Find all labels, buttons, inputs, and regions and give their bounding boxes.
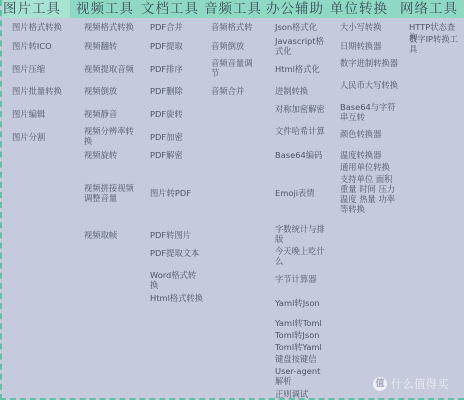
video-tool-link[interactable]: 视频倒放 (84, 86, 138, 96)
video-tool-link[interactable]: 视频翻转 (84, 41, 138, 51)
document-tool-link[interactable]: PDF合并 (150, 22, 204, 32)
office-tool-link[interactable]: 字节计算器 (275, 274, 327, 284)
image-tool-link[interactable]: 图片编辑 (12, 109, 74, 119)
document-tool-link[interactable]: PDF旋转 (150, 109, 204, 119)
video-tool-link[interactable]: 视频格式转换 (84, 22, 138, 32)
tab-5[interactable]: 单位转换 (330, 0, 388, 18)
office-tool-link[interactable]: 今天晚上吃什么 (275, 246, 327, 266)
smzdm-logo-icon: 值 (373, 377, 387, 391)
tab-3[interactable]: 音频工具 (204, 0, 262, 18)
unit-tool-link[interactable]: 颜色转换器 (340, 129, 402, 139)
document-tool-link[interactable]: PDF删除 (150, 86, 204, 96)
tab-4[interactable]: 办公辅助 (266, 0, 324, 18)
image-tool-link[interactable]: 图片分割 (12, 132, 74, 142)
document-tool-link[interactable]: PDF提取 (150, 41, 204, 51)
office-tool-link[interactable]: Javascript格式化 (275, 36, 327, 56)
office-tool-link[interactable]: 进制转换 (275, 86, 327, 96)
document-tool-link[interactable]: Word格式转换 (150, 270, 204, 290)
watermark-text: 什么值得买 (391, 376, 449, 392)
video-tool-link[interactable]: 视频旋转 (84, 150, 138, 160)
document-tool-link[interactable]: PDF加密 (150, 132, 204, 142)
tab-2[interactable]: 文档工具 (141, 0, 199, 18)
office-tool-link[interactable]: User-agent解析 (275, 366, 327, 386)
image-tool-link[interactable]: 图片压缩 (12, 64, 74, 74)
document-tool-link[interactable]: PDF解密 (150, 150, 204, 160)
office-tool-link[interactable]: Toml转Json (275, 330, 327, 340)
video-tool-link[interactable]: 视频拼接视频调整音量 (84, 183, 138, 203)
document-tool-link[interactable]: Html格式转换 (150, 293, 204, 303)
office-tool-link[interactable]: Json格式化 (275, 22, 327, 32)
network-tool-link[interactable]: 数字IP转换工具 (409, 34, 461, 54)
watermark: 值 什么值得买 (373, 376, 449, 392)
unit-tool-link[interactable]: 日期转换器 (340, 41, 402, 51)
unit-tool-link[interactable]: Base64与字符串互转 (340, 102, 402, 122)
unit-tool-link[interactable]: 支持单位 面积 重量 时间 压力 温度 热量 功率 等转换 (340, 174, 398, 214)
video-tool-link[interactable]: 视频提取音频 (84, 64, 138, 74)
video-tool-link[interactable]: 视频取帧 (84, 230, 138, 240)
office-tool-link[interactable]: Html格式化 (275, 64, 327, 74)
unit-tool-link[interactable]: 温度转换器 (340, 150, 402, 160)
office-tool-link[interactable]: 正则调试 (275, 389, 327, 399)
image-tool-link[interactable]: 图片批量转换 (12, 86, 74, 96)
office-tool-link[interactable]: 字数统计与排版 (275, 224, 327, 244)
office-tool-link[interactable]: 文件哈希计算 (275, 126, 327, 136)
office-tool-link[interactable]: Yaml转Json (275, 298, 327, 308)
audio-tool-link[interactable]: 音频音量调节 (211, 58, 259, 78)
unit-tool-link[interactable]: 人民币大写转换 (340, 80, 402, 90)
unit-tool-link[interactable]: 通用单位转换 (340, 162, 402, 172)
document-tool-link[interactable]: PDF提取文本 (150, 248, 204, 258)
document-tool-link[interactable]: PDF排序 (150, 64, 204, 74)
tab-6[interactable]: 网络工具 (400, 0, 458, 18)
audio-tool-link[interactable]: 音频倒放 (211, 41, 259, 51)
video-tool-link[interactable]: 视频静音 (84, 109, 138, 119)
image-tool-link[interactable]: 图片转ICO (12, 41, 74, 51)
document-tool-link[interactable]: 图片转PDF (150, 188, 204, 198)
tab-1[interactable]: 视频工具 (76, 0, 134, 18)
video-tool-link[interactable]: 视频分辨率转换 (84, 126, 138, 146)
unit-tool-link[interactable]: 大小写转换 (340, 22, 402, 32)
office-tool-link[interactable]: 对称加密解密 (275, 104, 327, 114)
document-tool-link[interactable]: PDF转图片 (150, 230, 204, 240)
office-tool-link[interactable]: Yaml转Toml (275, 318, 327, 328)
office-tool-link[interactable]: Toml转Yaml (275, 342, 327, 352)
office-tool-link[interactable]: Base64编码 (275, 150, 327, 160)
image-tool-link[interactable]: 图片格式转换 (12, 22, 74, 32)
unit-tool-link[interactable]: 数字进制转换器 (340, 58, 402, 68)
audio-tool-link[interactable]: 音频格式转 (211, 22, 259, 32)
office-tool-link[interactable]: 键盘按键信 (275, 354, 327, 364)
office-tool-link[interactable]: Emoji表情 (275, 188, 327, 198)
audio-tool-link[interactable]: 音频合并 (211, 86, 259, 96)
tab-0[interactable]: 图片工具 (3, 0, 61, 18)
